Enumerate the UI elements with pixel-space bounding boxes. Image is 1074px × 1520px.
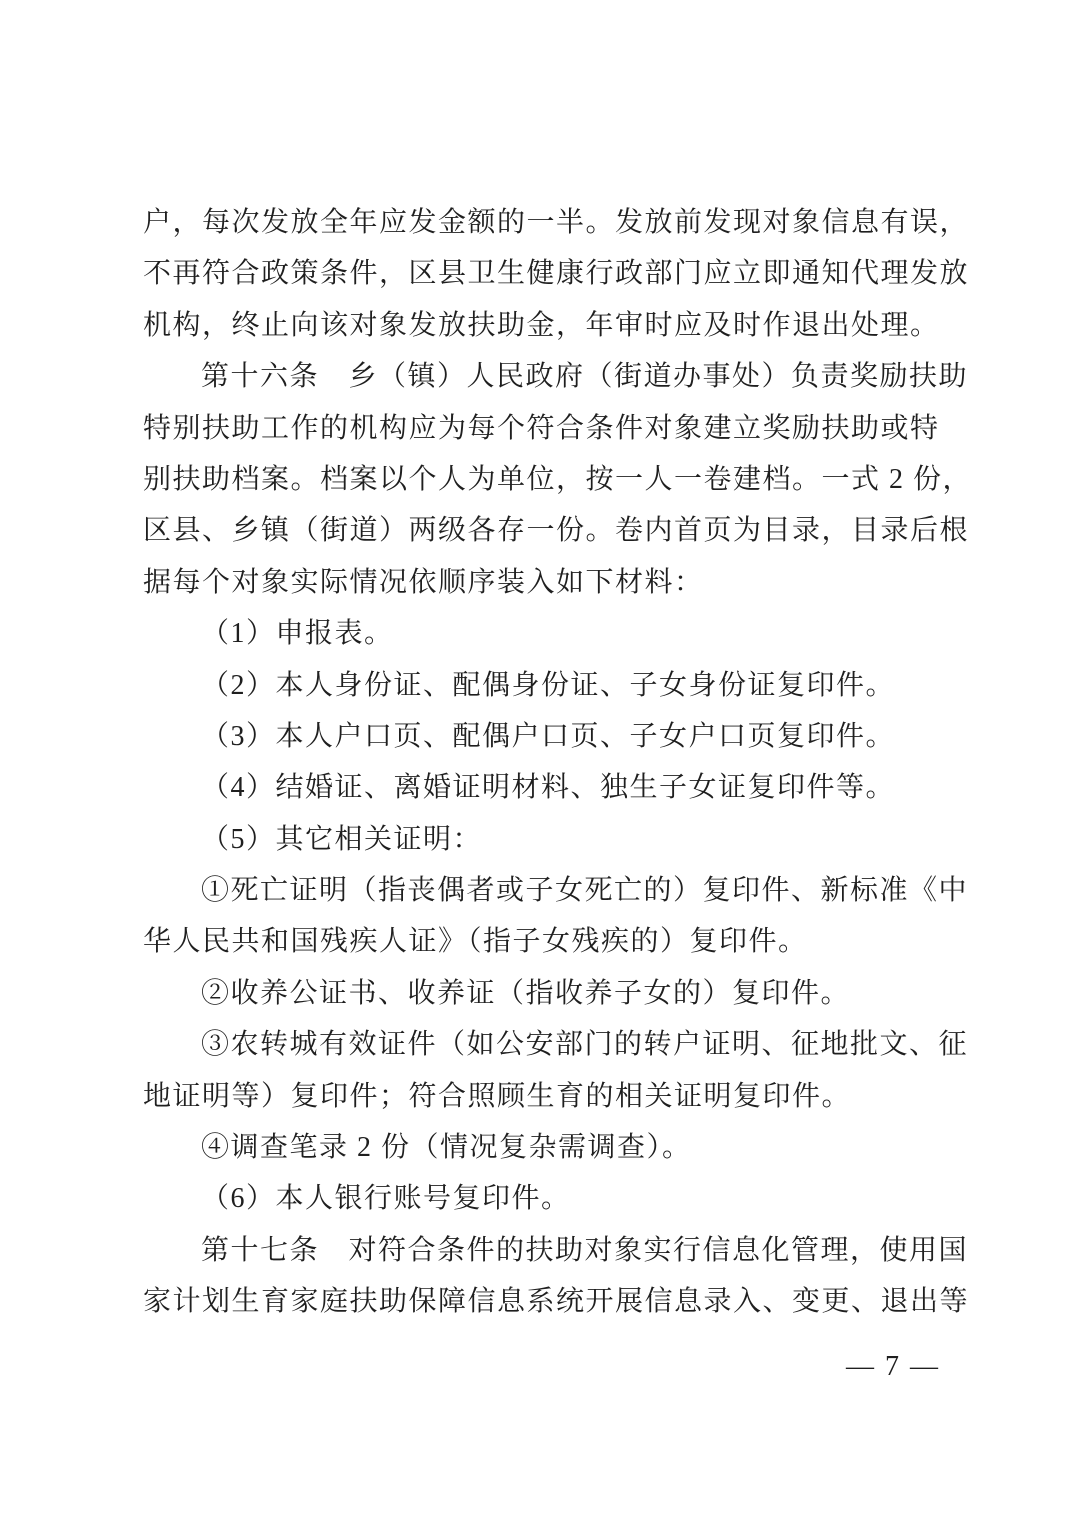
text-line-article-16: 第十六条 乡（镇）人民政府（街道办事处）负责奖励扶助 bbox=[143, 351, 948, 402]
text-line: 别扶助档案。档案以个人为单位，按一人一卷建档。一式 2 份， bbox=[143, 454, 948, 505]
text-line-item-4: （4）结婚证、离婚证明材料、独生子女证复印件等。 bbox=[143, 762, 948, 813]
text-line: 地证明等）复印件；符合照顾生育的相关证明复印件。 bbox=[143, 1071, 948, 1122]
text-line-subitem-1: ①死亡证明（指丧偶者或子女死亡的）复印件、新标准《中 bbox=[143, 865, 948, 916]
text-line-article-17: 第十七条 对符合条件的扶助对象实行信息化管理，使用国 bbox=[143, 1225, 948, 1276]
text-line: 据每个对象实际情况依顺序装入如下材料： bbox=[143, 557, 948, 608]
page-number: — 7 — bbox=[846, 1341, 940, 1392]
text-line-subitem-3: ③农转城有效证件（如公安部门的转户证明、征地批文、征 bbox=[143, 1019, 948, 1070]
text-line-subitem-4: ④调查笔录 2 份（情况复杂需调查）。 bbox=[143, 1122, 948, 1173]
document-body: 户，每次发放全年应发金额的一半。发放前发现对象信息有误， 不再符合政策条件，区县… bbox=[143, 197, 948, 1328]
text-line-item-6: （6）本人银行账号复印件。 bbox=[143, 1173, 948, 1224]
text-line-item-2: （2）本人身份证、配偶身份证、子女身份证复印件。 bbox=[143, 660, 948, 711]
text-line: 不再符合政策条件，区县卫生健康行政部门应立即通知代理发放 bbox=[143, 248, 948, 299]
text-line: 特别扶助工作的机构应为每个符合条件对象建立奖励扶助或特 bbox=[143, 403, 948, 454]
text-line: 户，每次发放全年应发金额的一半。发放前发现对象信息有误， bbox=[143, 197, 948, 248]
text-line: 华人民共和国残疾人证》（指子女残疾的）复印件。 bbox=[143, 916, 948, 967]
text-line: 区县、乡镇（街道）两级各存一份。卷内首页为目录，目录后根 bbox=[143, 505, 948, 556]
text-line-item-5: （5）其它相关证明： bbox=[143, 814, 948, 865]
text-line: 机构，终止向该对象发放扶助金，年审时应及时作退出处理。 bbox=[143, 300, 948, 351]
text-line: 家计划生育家庭扶助保障信息系统开展信息录入、变更、退出等 bbox=[143, 1276, 948, 1327]
text-line-subitem-2: ②收养公证书、收养证（指收养子女的）复印件。 bbox=[143, 968, 948, 1019]
text-line-item-3: （3）本人户口页、配偶户口页、子女户口页复印件。 bbox=[143, 711, 948, 762]
document-page: 户，每次发放全年应发金额的一半。发放前发现对象信息有误， 不再符合政策条件，区县… bbox=[0, 0, 1074, 1520]
text-line-item-1: （1）申报表。 bbox=[143, 608, 948, 659]
